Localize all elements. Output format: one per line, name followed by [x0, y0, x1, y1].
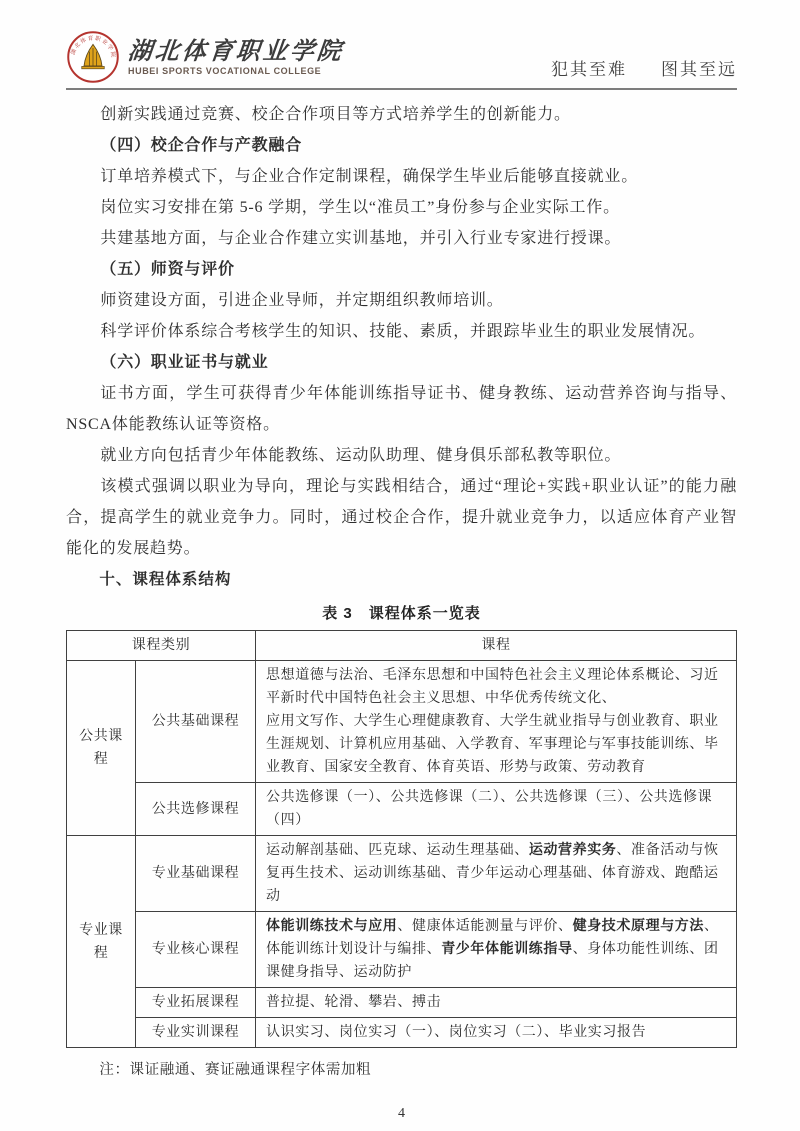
col-header-category: 课程类别 [67, 631, 256, 661]
college-name-en: HUBEI SPORTS VOCATIONAL COLLEGE [128, 67, 344, 76]
table-row: 公共选修课程 公共选修课（一）、公共选修课（二）、公共选修课（三）、公共选修课（… [67, 783, 737, 836]
college-name-zh: 湖北体育职业学院 [127, 39, 346, 63]
table-row: 专业核心课程 体能训练技术与应用、健康体适能测量与评价、健身技术原理与方法、体能… [67, 912, 737, 988]
table-note: 注：课证融通、赛证融通课程字体需加粗 [66, 1058, 737, 1079]
subcategory-label: 专业基础课程 [136, 836, 256, 912]
header-rule [66, 88, 737, 90]
course-list-cell: 运动解剖基础、匹克球、运动生理基础、运动营养实务、准备活动与恢复再生技术、运动训… [256, 836, 737, 912]
paragraph: 订单培养模式下，与企业合作定制课程，确保学生毕业后能够直接就业。 [66, 161, 737, 192]
section-heading-10: 十、课程体系结构 [66, 564, 737, 595]
document-page: 湖北体育职业学院 湖北体育职业学院 HUBEI SPORTS VOCATIONA… [0, 0, 800, 1131]
course-list-cell: 认识实习、岗位实习（一）、岗位实习（二）、毕业实习报告 [256, 1018, 737, 1048]
paragraph: 师资建设方面，引进企业导师，并定期组织教师培训。 [66, 285, 737, 316]
college-motto: 犯其至难图其至远 [551, 55, 737, 84]
paragraph: 证书方面，学生可获得青少年体能训练指导证书、健身教练、运动营养咨询与指导、NSC… [66, 378, 737, 440]
course-list-cell: 普拉提、轮滑、攀岩、搏击 [256, 988, 737, 1018]
motto-left: 犯其至难 [551, 60, 627, 79]
heading-6: （六）职业证书与就业 [66, 347, 737, 378]
paragraph: 共建基地方面，与企业合作建立实训基地，并引入行业专家进行授课。 [66, 223, 737, 254]
col-header-course: 课程 [256, 631, 737, 661]
college-seal-icon: 湖北体育职业学院 [66, 30, 120, 84]
subcategory-label: 专业核心课程 [136, 912, 256, 988]
paragraph: 创新实践通过竞赛、校企合作项目等方式培养学生的创新能力。 [66, 99, 737, 130]
table-row: 公共课程 公共基础课程 思想道德与法治、毛泽东思想和中国特色社会主义理论体系概论… [67, 661, 737, 783]
course-list-cell: 体能训练技术与应用、健康体适能测量与评价、健身技术原理与方法、体能训练计划设计与… [256, 912, 737, 988]
paragraph: 岗位实习安排在第 5-6 学期，学生以“准员工”身份参与企业实际工作。 [66, 192, 737, 223]
course-list-cell: 公共选修课（一）、公共选修课（二）、公共选修课（三）、公共选修课（四） [256, 783, 737, 836]
subcategory-label: 公共基础课程 [136, 661, 256, 783]
subcategory-label: 专业拓展课程 [136, 988, 256, 1018]
heading-5: （五）师资与评价 [66, 254, 737, 285]
table-header-row: 课程类别 课程 [67, 631, 737, 661]
page-number: 4 [66, 1106, 737, 1122]
course-list-cell: 思想道德与法治、毛泽东思想和中国特色社会主义理论体系概论、习近平新时代中国特色社… [256, 661, 737, 783]
table-title: 表 3 课程体系一览表 [66, 602, 737, 623]
subcategory-label: 专业实训课程 [136, 1018, 256, 1048]
motto-right: 图其至远 [661, 60, 737, 79]
table-row: 专业实训课程 认识实习、岗位实习（一）、岗位实习（二）、毕业实习报告 [67, 1018, 737, 1048]
group-label-public: 公共课程 [67, 661, 136, 836]
table-row: 专业课程 专业基础课程 运动解剖基础、匹克球、运动生理基础、运动营养实务、准备活… [67, 836, 737, 912]
table-row: 专业拓展课程 普拉提、轮滑、攀岩、搏击 [67, 988, 737, 1018]
subcategory-label: 公共选修课程 [136, 783, 256, 836]
page-header: 湖北体育职业学院 湖北体育职业学院 HUBEI SPORTS VOCATIONA… [66, 26, 737, 84]
group-label-major: 专业课程 [67, 836, 136, 1048]
course-system-table: 课程类别 课程 公共课程 公共基础课程 思想道德与法治、毛泽东思想和中国特色社会… [66, 630, 737, 1048]
college-brand: 湖北体育职业学院 湖北体育职业学院 HUBEI SPORTS VOCATIONA… [66, 30, 344, 84]
college-names: 湖北体育职业学院 HUBEI SPORTS VOCATIONAL COLLEGE [128, 39, 344, 76]
paragraph: 就业方向包括青少年体能教练、运动队助理、健身俱乐部私教等职位。 [66, 440, 737, 471]
document-body: 创新实践通过竞赛、校企合作项目等方式培养学生的创新能力。 （四）校企合作与产教融… [66, 99, 737, 595]
heading-4: （四）校企合作与产教融合 [66, 130, 737, 161]
paragraph: 该模式强调以职业为导向，理论与实践相结合，通过“理论+实践+职业认证”的能力融合… [66, 471, 737, 564]
paragraph: 科学评价体系综合考核学生的知识、技能、素质，并跟踪毕业生的职业发展情况。 [66, 316, 737, 347]
